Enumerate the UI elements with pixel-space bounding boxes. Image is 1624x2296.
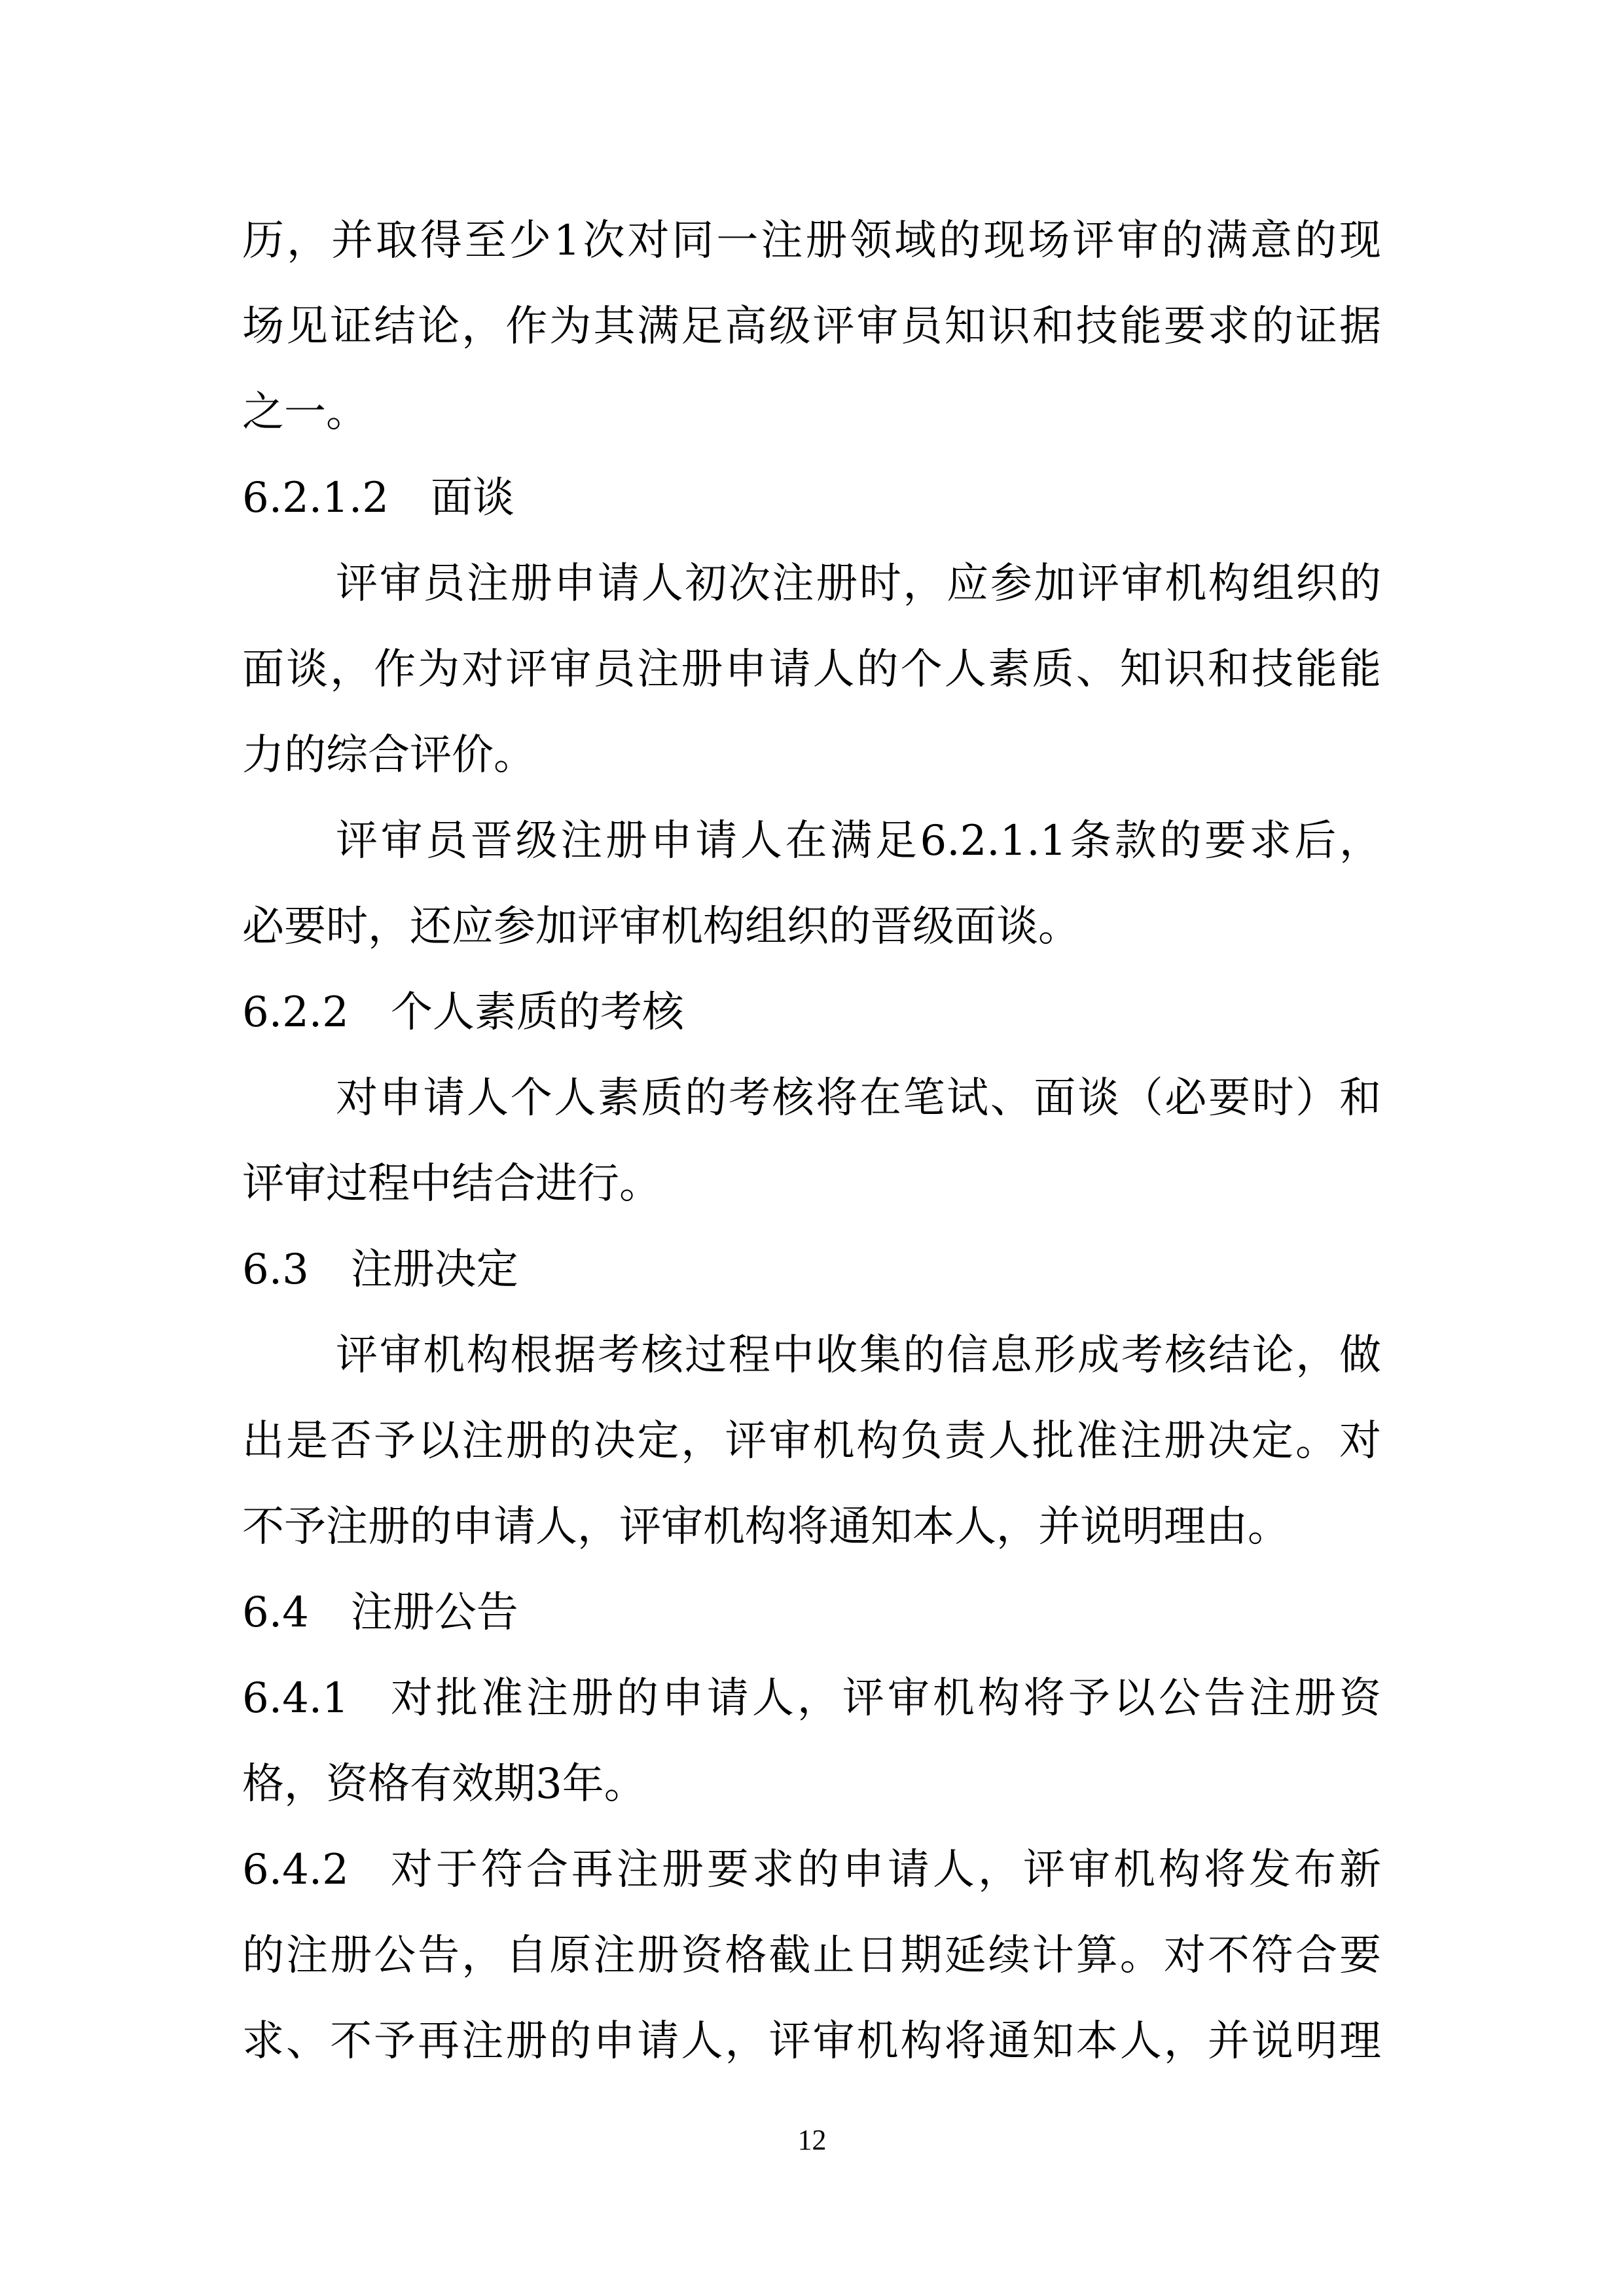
section-number: 6.2.1.2	[242, 472, 389, 524]
paragraph-first-line: 对申请人个人素质的考核将在笔试、面谈（必要时）和	[336, 1072, 1381, 1124]
section-number: 6.4	[242, 1587, 309, 1639]
clause-6-4-1: 6.4.1对批准注册的申请人，评审机构将予以公告注册资	[242, 1672, 1381, 1725]
section-title: 注册决定	[351, 1246, 518, 1294]
page-number: 12	[0, 2121, 1624, 2160]
section-number: 6.2.2	[242, 986, 349, 1039]
section-heading-6-3: 6.3注册决定	[242, 1244, 1381, 1296]
body-line: 历，并取得至少1次对同一注册领域的现场评审的满意的现	[242, 215, 1381, 267]
body-line: 的注册公告，自原注册资格截止日期延续计算。对不符合要	[242, 1929, 1381, 1982]
paragraph-first-line: 评审机构根据考核过程中收集的信息形成考核结论，做	[336, 1329, 1381, 1382]
body-line: 必要时，还应参加评审机构组织的晋级面谈。	[242, 901, 1381, 953]
section-number: 6.3	[242, 1244, 309, 1296]
body-line: 不予注册的申请人，评审机构将通知本人，并说明理由。	[242, 1501, 1381, 1553]
section-title: 注册公告	[351, 1588, 518, 1637]
body-line: 之一。	[242, 386, 1381, 439]
body-line: 出是否予以注册的决定，评审机构负责人批准注册决定。对	[242, 1415, 1381, 1467]
body-line: 场见证结论，作为其满足高级评审员知识和技能要求的证据	[242, 300, 1381, 353]
paragraph-first-line: 评审员注册申请人初次注册时，应参加评审机构组织的	[336, 558, 1381, 610]
clause-number: 6.4.2	[242, 1844, 349, 1896]
body-line: 评审过程中结合进行。	[242, 1158, 1381, 1210]
body-line: 格，资格有效期3年。	[242, 1758, 1381, 1810]
section-heading-6-2-1-2: 6.2.1.2面谈	[242, 472, 1381, 524]
clause-text: 对批准注册的申请人，评审机构将予以公告注册资	[391, 1672, 1381, 1725]
body-line: 求、不予再注册的申请人，评审机构将通知本人，并说明理	[242, 2015, 1381, 2068]
body-line: 面谈，作为对评审员注册申请人的个人素质、知识和技能能	[242, 643, 1381, 696]
clause-text: 对于符合再注册要求的申请人，评审机构将发布新	[391, 1844, 1381, 1896]
clause-6-4-2: 6.4.2对于符合再注册要求的申请人，评审机构将发布新	[242, 1844, 1381, 1896]
section-title: 个人素质的考核	[391, 988, 684, 1037]
section-heading-6-2-2: 6.2.2个人素质的考核	[242, 986, 1381, 1039]
body-line: 力的综合评价。	[242, 729, 1381, 781]
section-title: 面谈	[431, 474, 514, 522]
paragraph-first-line: 评审员晋级注册申请人在满足6.2.1.1条款的要求后，	[336, 815, 1381, 867]
section-heading-6-4: 6.4注册公告	[242, 1587, 1381, 1639]
clause-number: 6.4.1	[242, 1672, 349, 1725]
